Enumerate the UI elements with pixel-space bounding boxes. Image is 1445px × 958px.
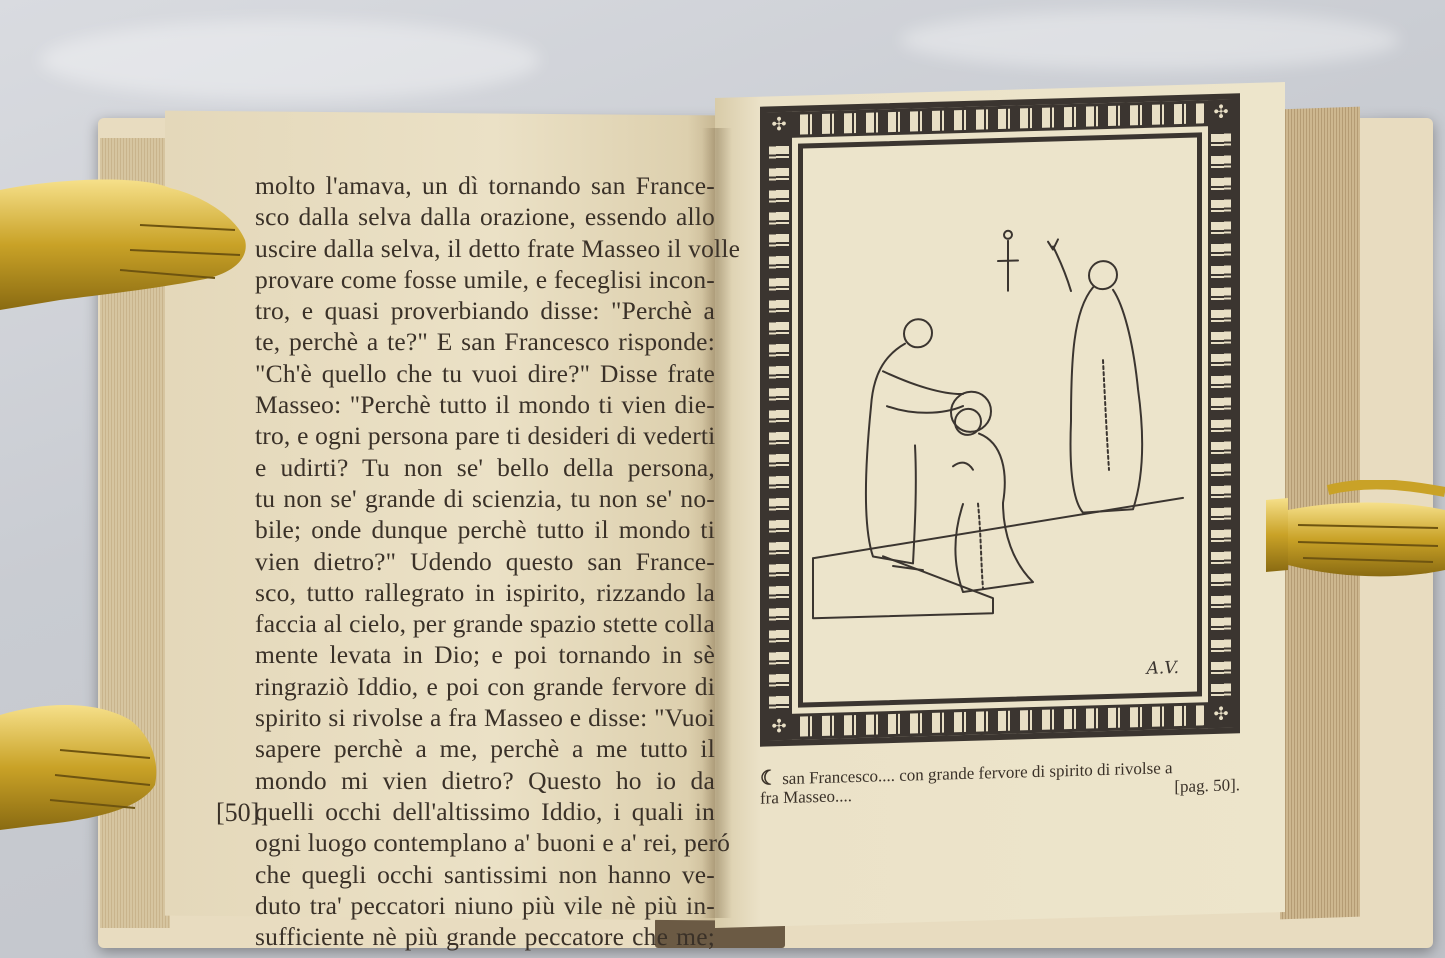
cloth-highlight: [40, 20, 540, 100]
saint-francis-drawing: [803, 138, 1187, 693]
cross-icon: [998, 230, 1018, 291]
illustration-plate: ✣ ✣ ✣ ✣: [760, 93, 1240, 746]
corner-ornament-icon: ✣: [766, 112, 792, 139]
artist-monogram: A.V.: [1147, 658, 1179, 679]
frame-border-right: [1208, 99, 1234, 728]
text-line: tro, e quasi proverbiando disse: "Perchè…: [255, 295, 715, 326]
text-line: e udirti? Tu non se' bello della persona…: [255, 452, 715, 483]
text-line: quelli occhi dell'altissimo Iddio, i qua…: [255, 796, 715, 827]
text-line: tro, e ogni persona pare ti desideri di …: [255, 420, 715, 451]
open-book: molto l'amava, un dì tornando san France…: [70, 108, 1440, 948]
paragraph-mark-icon: ☾: [760, 767, 778, 790]
corner-ornament-icon: ✣: [766, 714, 792, 741]
text-line: uscire dalla selva, il detto frate Masse…: [255, 233, 715, 264]
caption-line-2: fra Masseo....: [760, 786, 852, 808]
text-line: sufficiente nè più grande peccatore che …: [255, 921, 715, 952]
page-number: [50]: [216, 798, 259, 828]
text-line: te, perchè a te?" E san Francesco rispon…: [255, 326, 715, 357]
text-line: faccia al cielo, per grande spazio stett…: [255, 608, 715, 639]
text-line: duto tra' peccatori niuno più vile nè pi…: [255, 890, 715, 921]
gold-hand-clip-right-icon: [1258, 480, 1445, 590]
corner-ornament-icon: ✣: [1208, 99, 1234, 126]
text-line: tu non se' grande di scienzia, tu non se…: [255, 483, 715, 514]
text-line: mondo mi vien dietro? Questo ho io da: [255, 765, 715, 796]
illustration-panel: A.V.: [798, 132, 1202, 707]
text-line: sapere perchè a me, perchè a me tutto il: [255, 733, 715, 764]
gold-hand-clip-top-left-icon: [0, 170, 260, 320]
text-line: provare come fosse umile, e feceglisi in…: [255, 264, 715, 295]
corner-ornament-icon: ✣: [1208, 701, 1234, 728]
frame-border-left: [766, 112, 792, 741]
text-line: ogni luogo contemplano a' buoni e a' rei…: [255, 827, 715, 858]
text-line: molto l'amava, un dì tornando san France…: [255, 170, 715, 201]
text-line: Masseo: "Perchè tutto il mondo ti vien d…: [255, 389, 715, 420]
text-line: bile; onde dunque perchè tutto il mondo …: [255, 514, 715, 545]
text-line: sco, tutto rallegrato in ispirito, rizza…: [255, 577, 715, 608]
text-line: vien dietro?" Udendo questo san France-: [255, 546, 715, 577]
text-line: "Ch'è quello che tu vuoi dire?" Disse fr…: [255, 358, 715, 389]
left-page-text: molto l'amava, un dì tornando san France…: [255, 170, 715, 952]
text-line: spirito si rivolse a fra Masseo e disse:…: [255, 702, 715, 733]
text-line: che quegli occhi santissimi non hanno ve…: [255, 859, 715, 890]
text-line: ringraziò Iddio, e poi con grande fervor…: [255, 671, 715, 702]
caption-page-reference: [pag. 50].: [1174, 775, 1240, 796]
cloth-highlight: [900, 10, 1400, 70]
gold-hand-clip-bottom-left-icon: [0, 690, 170, 840]
text-line: mente levata in Dio; e poi tornando in s…: [255, 639, 715, 670]
text-line: sco dalla selva dalla orazione, essendo …: [255, 201, 715, 232]
